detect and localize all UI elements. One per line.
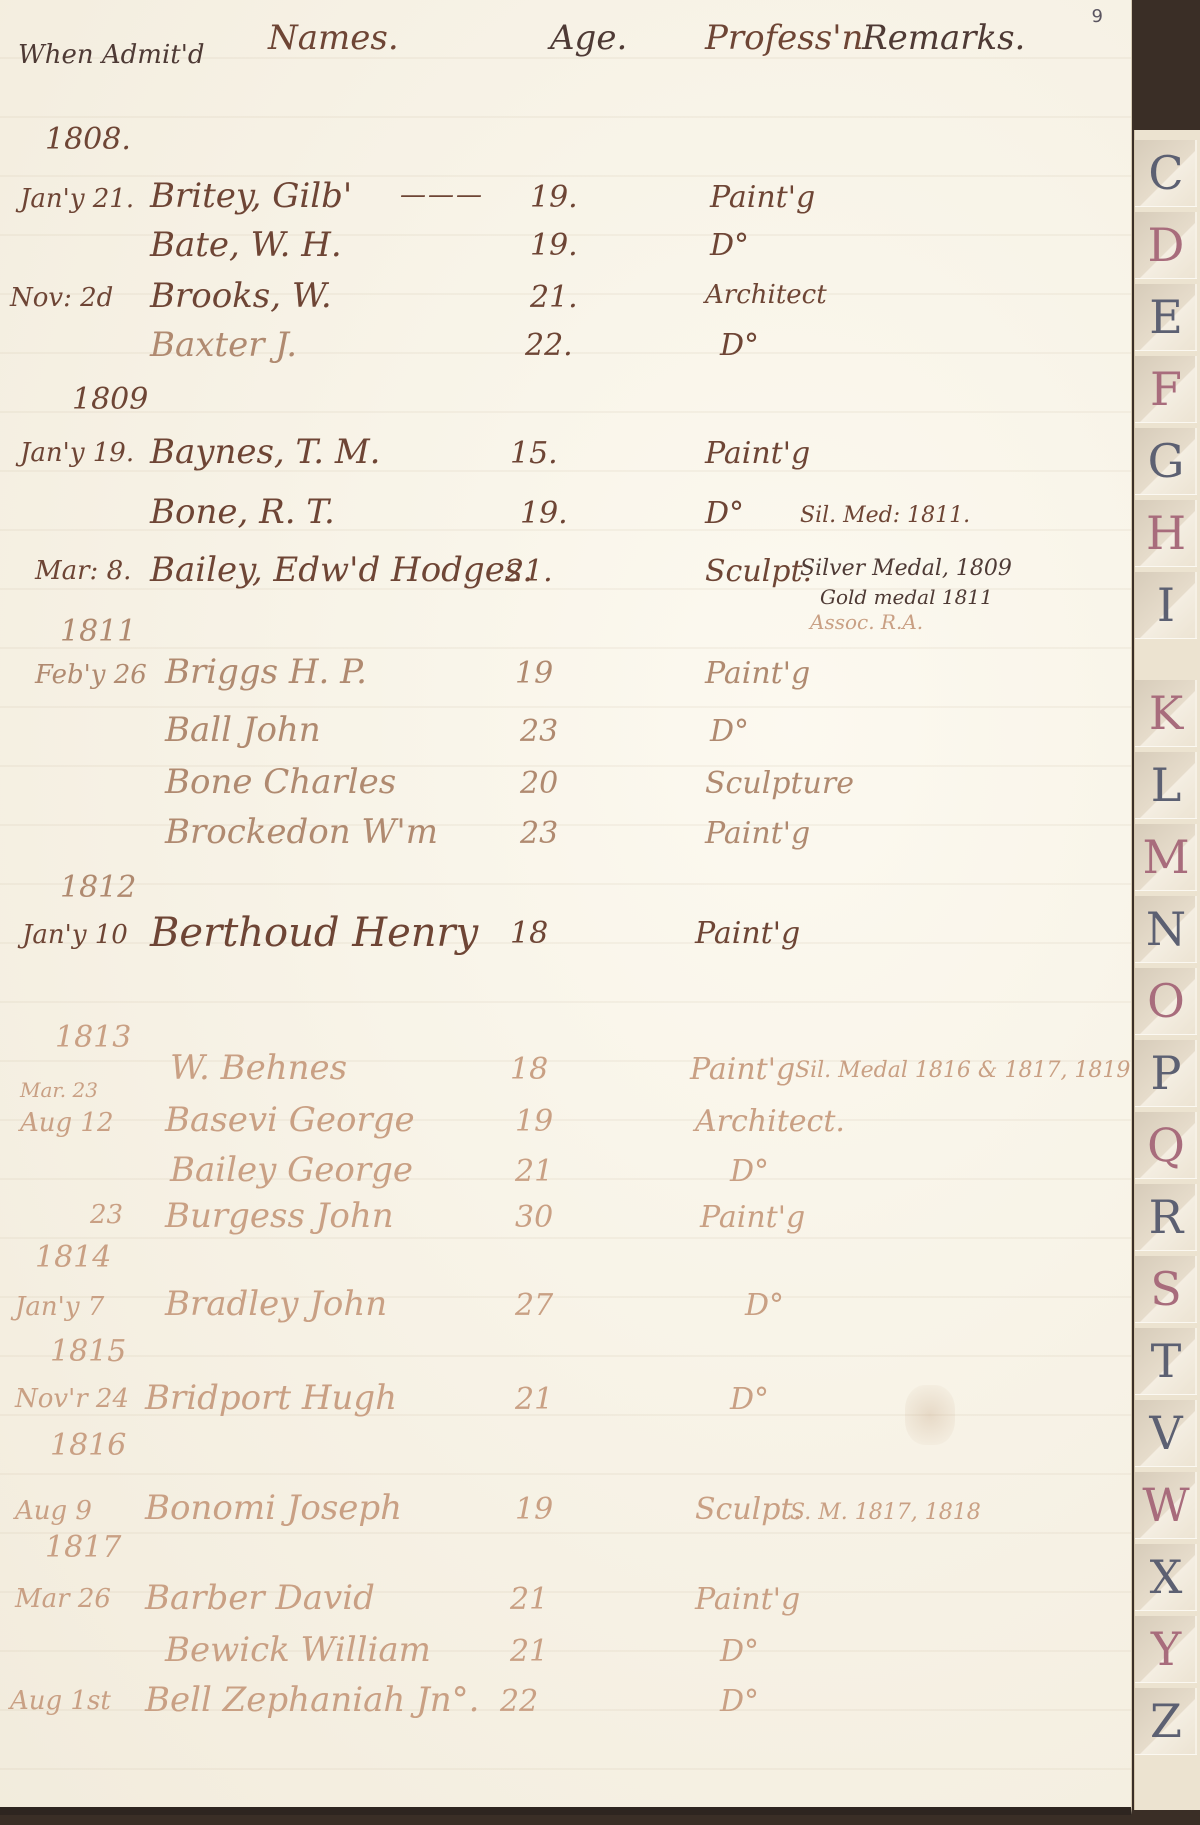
student-age: 21. — [505, 554, 553, 589]
header-when-admitted: When Admit'd — [18, 40, 205, 70]
student-age: 19 — [515, 1492, 553, 1527]
student-name: Berthoud Henry — [150, 910, 478, 956]
index-tab-f[interactable]: F — [1135, 356, 1197, 423]
student-remark: S. M. 1817, 1818 — [790, 1500, 981, 1525]
student-profession: Sculpt. — [705, 554, 812, 589]
student-age: 27 — [515, 1288, 553, 1323]
student-name: Bonomi Joseph — [145, 1488, 402, 1528]
student-remark: Gold medal 1811 — [820, 585, 993, 609]
index-tab-r[interactable]: R — [1135, 1184, 1197, 1251]
admission-date: Mar. 23 — [20, 1078, 98, 1102]
student-profession: Paint'g — [700, 1200, 805, 1235]
student-age: 15. — [510, 436, 558, 471]
index-tab-i[interactable]: I — [1135, 572, 1197, 639]
year-label: 1816 — [50, 1428, 126, 1463]
index-tab-q[interactable]: Q — [1135, 1112, 1197, 1179]
student-name: Bailey, Edw'd Hodges. — [150, 550, 533, 590]
manuscript-page: 9 When Admit'd Names. Age. Profess'n Rem… — [0, 0, 1132, 1815]
header-profession: Profess'n — [705, 18, 863, 58]
index-tab-x[interactable]: X — [1135, 1544, 1197, 1611]
index-tab-z[interactable]: Z — [1135, 1688, 1197, 1755]
admission-date: Jan'y 10 — [22, 920, 128, 950]
student-profession: Architect. — [695, 1104, 845, 1139]
year-label: 1812 — [60, 870, 136, 905]
student-age: 23 — [520, 714, 558, 749]
student-profession: Sculpture — [705, 766, 854, 801]
student-profession: D° — [705, 496, 744, 531]
admission-date: Mar 26 — [15, 1584, 111, 1614]
index-tab-g[interactable]: G — [1135, 428, 1197, 495]
year-label: 1808. — [45, 122, 131, 157]
student-profession: Paint'g — [705, 436, 810, 471]
student-age: 22. — [525, 328, 573, 363]
year-label: 1814 — [35, 1240, 111, 1275]
admission-date: Aug 12 — [20, 1108, 114, 1138]
index-tab-m[interactable]: M — [1135, 824, 1197, 891]
alphabet-index-tabs: C D E F G H I K L M N O P Q R S T V W X … — [1134, 130, 1200, 1810]
student-name: Baxter J. — [150, 325, 297, 365]
student-profession: D° — [710, 228, 749, 263]
student-name: Bridport Hugh — [145, 1378, 397, 1418]
index-tab-d[interactable]: D — [1135, 212, 1197, 279]
index-tab-s[interactable]: S — [1135, 1256, 1197, 1323]
student-name: Bate, W. H. — [150, 225, 342, 265]
student-name: Briggs H. P. — [165, 652, 367, 692]
index-tab-l[interactable]: L — [1135, 752, 1197, 819]
admission-date: Jan'y 7 — [15, 1292, 104, 1322]
student-profession: Paint'g — [695, 1582, 800, 1617]
admission-date: Feb'y 26 — [35, 660, 147, 690]
student-profession: Paint'g — [705, 656, 810, 691]
faded-stamp — [905, 1385, 955, 1445]
student-name: Brooks, W. — [150, 276, 332, 316]
student-profession: Sculpt. — [695, 1492, 802, 1527]
student-profession: Architect — [705, 280, 827, 310]
student-profession: D° — [720, 1684, 759, 1719]
student-profession: Paint'g — [710, 180, 815, 215]
page-number: 9 — [1092, 6, 1103, 27]
student-profession: D° — [745, 1288, 784, 1323]
student-remark: Assoc. R.A. — [810, 610, 923, 634]
header-remarks: Remarks. — [862, 18, 1025, 58]
student-age: 19. — [520, 496, 568, 531]
student-remark: Sil. Med: 1811. — [800, 503, 970, 528]
student-profession: D° — [720, 328, 759, 363]
index-tab-h[interactable]: H — [1135, 500, 1197, 567]
admission-date: Aug 1st — [10, 1686, 111, 1716]
student-age: 21 — [510, 1582, 548, 1617]
year-label: 1817 — [45, 1530, 121, 1565]
admission-date: Nov'r 24 — [15, 1384, 129, 1414]
year-label: 1811 — [60, 614, 136, 649]
student-age: 19. — [530, 228, 578, 263]
student-age: 21 — [515, 1154, 553, 1189]
header-age: Age. — [550, 18, 627, 58]
index-tab-w[interactable]: W — [1135, 1472, 1197, 1539]
student-name: Bewick William — [165, 1630, 431, 1670]
student-name: Ball John — [165, 710, 321, 750]
student-profession: Paint'g — [690, 1052, 795, 1087]
index-tab-y[interactable]: Y — [1135, 1616, 1197, 1683]
header-names: Names. — [268, 18, 399, 58]
student-age: 30 — [515, 1200, 553, 1235]
student-remark: Silver Medal, 1809 — [800, 556, 1012, 581]
student-age: 19. — [530, 180, 578, 215]
student-name: Bell Zephaniah Jn°. — [145, 1680, 479, 1720]
index-tab-o[interactable]: O — [1135, 968, 1197, 1035]
student-age: 21 — [510, 1634, 548, 1669]
student-name: Brockedon W'm — [165, 812, 438, 852]
admission-date: Nov: 2d — [10, 283, 113, 313]
admission-date: Jan'y 21. — [20, 184, 134, 214]
student-name: Basevi George — [165, 1100, 415, 1140]
student-profession: Paint'g — [705, 816, 810, 851]
student-profession: Paint'g — [695, 916, 800, 951]
admission-date: Jan'y 19. — [20, 438, 134, 468]
student-age: 18 — [510, 1052, 548, 1087]
student-name: Burgess John — [165, 1196, 394, 1236]
student-name: Bone Charles — [165, 762, 396, 802]
index-tab-k[interactable]: K — [1135, 680, 1197, 747]
student-profession: D° — [710, 714, 749, 749]
student-name: Bradley John — [165, 1284, 387, 1324]
student-name: Baynes, T. M. — [150, 432, 380, 472]
student-profession: D° — [720, 1634, 759, 1669]
student-name: Bailey George — [170, 1150, 413, 1190]
student-name: Bone, R. T. — [150, 492, 335, 532]
student-age: 20 — [520, 766, 558, 801]
year-label: 1809 — [72, 382, 148, 417]
student-age: 19 — [515, 656, 553, 691]
student-name: W. Behnes — [170, 1048, 347, 1088]
leader-dash: ——— — [400, 180, 484, 210]
student-name: Britey, Gilb' — [150, 176, 352, 216]
student-age: 19 — [515, 1104, 553, 1139]
student-age: 22 — [500, 1684, 538, 1719]
student-name: Barber David — [145, 1578, 375, 1618]
student-profession: D° — [730, 1154, 769, 1189]
index-tab-n[interactable]: N — [1135, 896, 1197, 963]
admission-date: Aug 9 — [15, 1496, 92, 1526]
index-tab-p[interactable]: P — [1135, 1040, 1197, 1107]
student-remark: Sil. Medal 1816 & 1817, 1819 — [795, 1058, 1130, 1083]
index-tab-c[interactable]: C — [1135, 140, 1197, 207]
student-profession: D° — [730, 1382, 769, 1417]
student-age: 18 — [510, 916, 548, 951]
admission-date: Mar: 8. — [35, 556, 131, 586]
index-tab-e[interactable]: E — [1135, 284, 1197, 351]
student-age: 23 — [520, 816, 558, 851]
year-label: 1813 — [55, 1020, 131, 1055]
year-label: 1815 — [50, 1334, 126, 1369]
student-age: 21. — [530, 280, 578, 315]
index-tab-t[interactable]: T — [1135, 1328, 1197, 1395]
admission-date: 23 — [90, 1200, 123, 1230]
student-age: 21 — [515, 1382, 553, 1417]
index-tab-v[interactable]: V — [1135, 1400, 1197, 1467]
